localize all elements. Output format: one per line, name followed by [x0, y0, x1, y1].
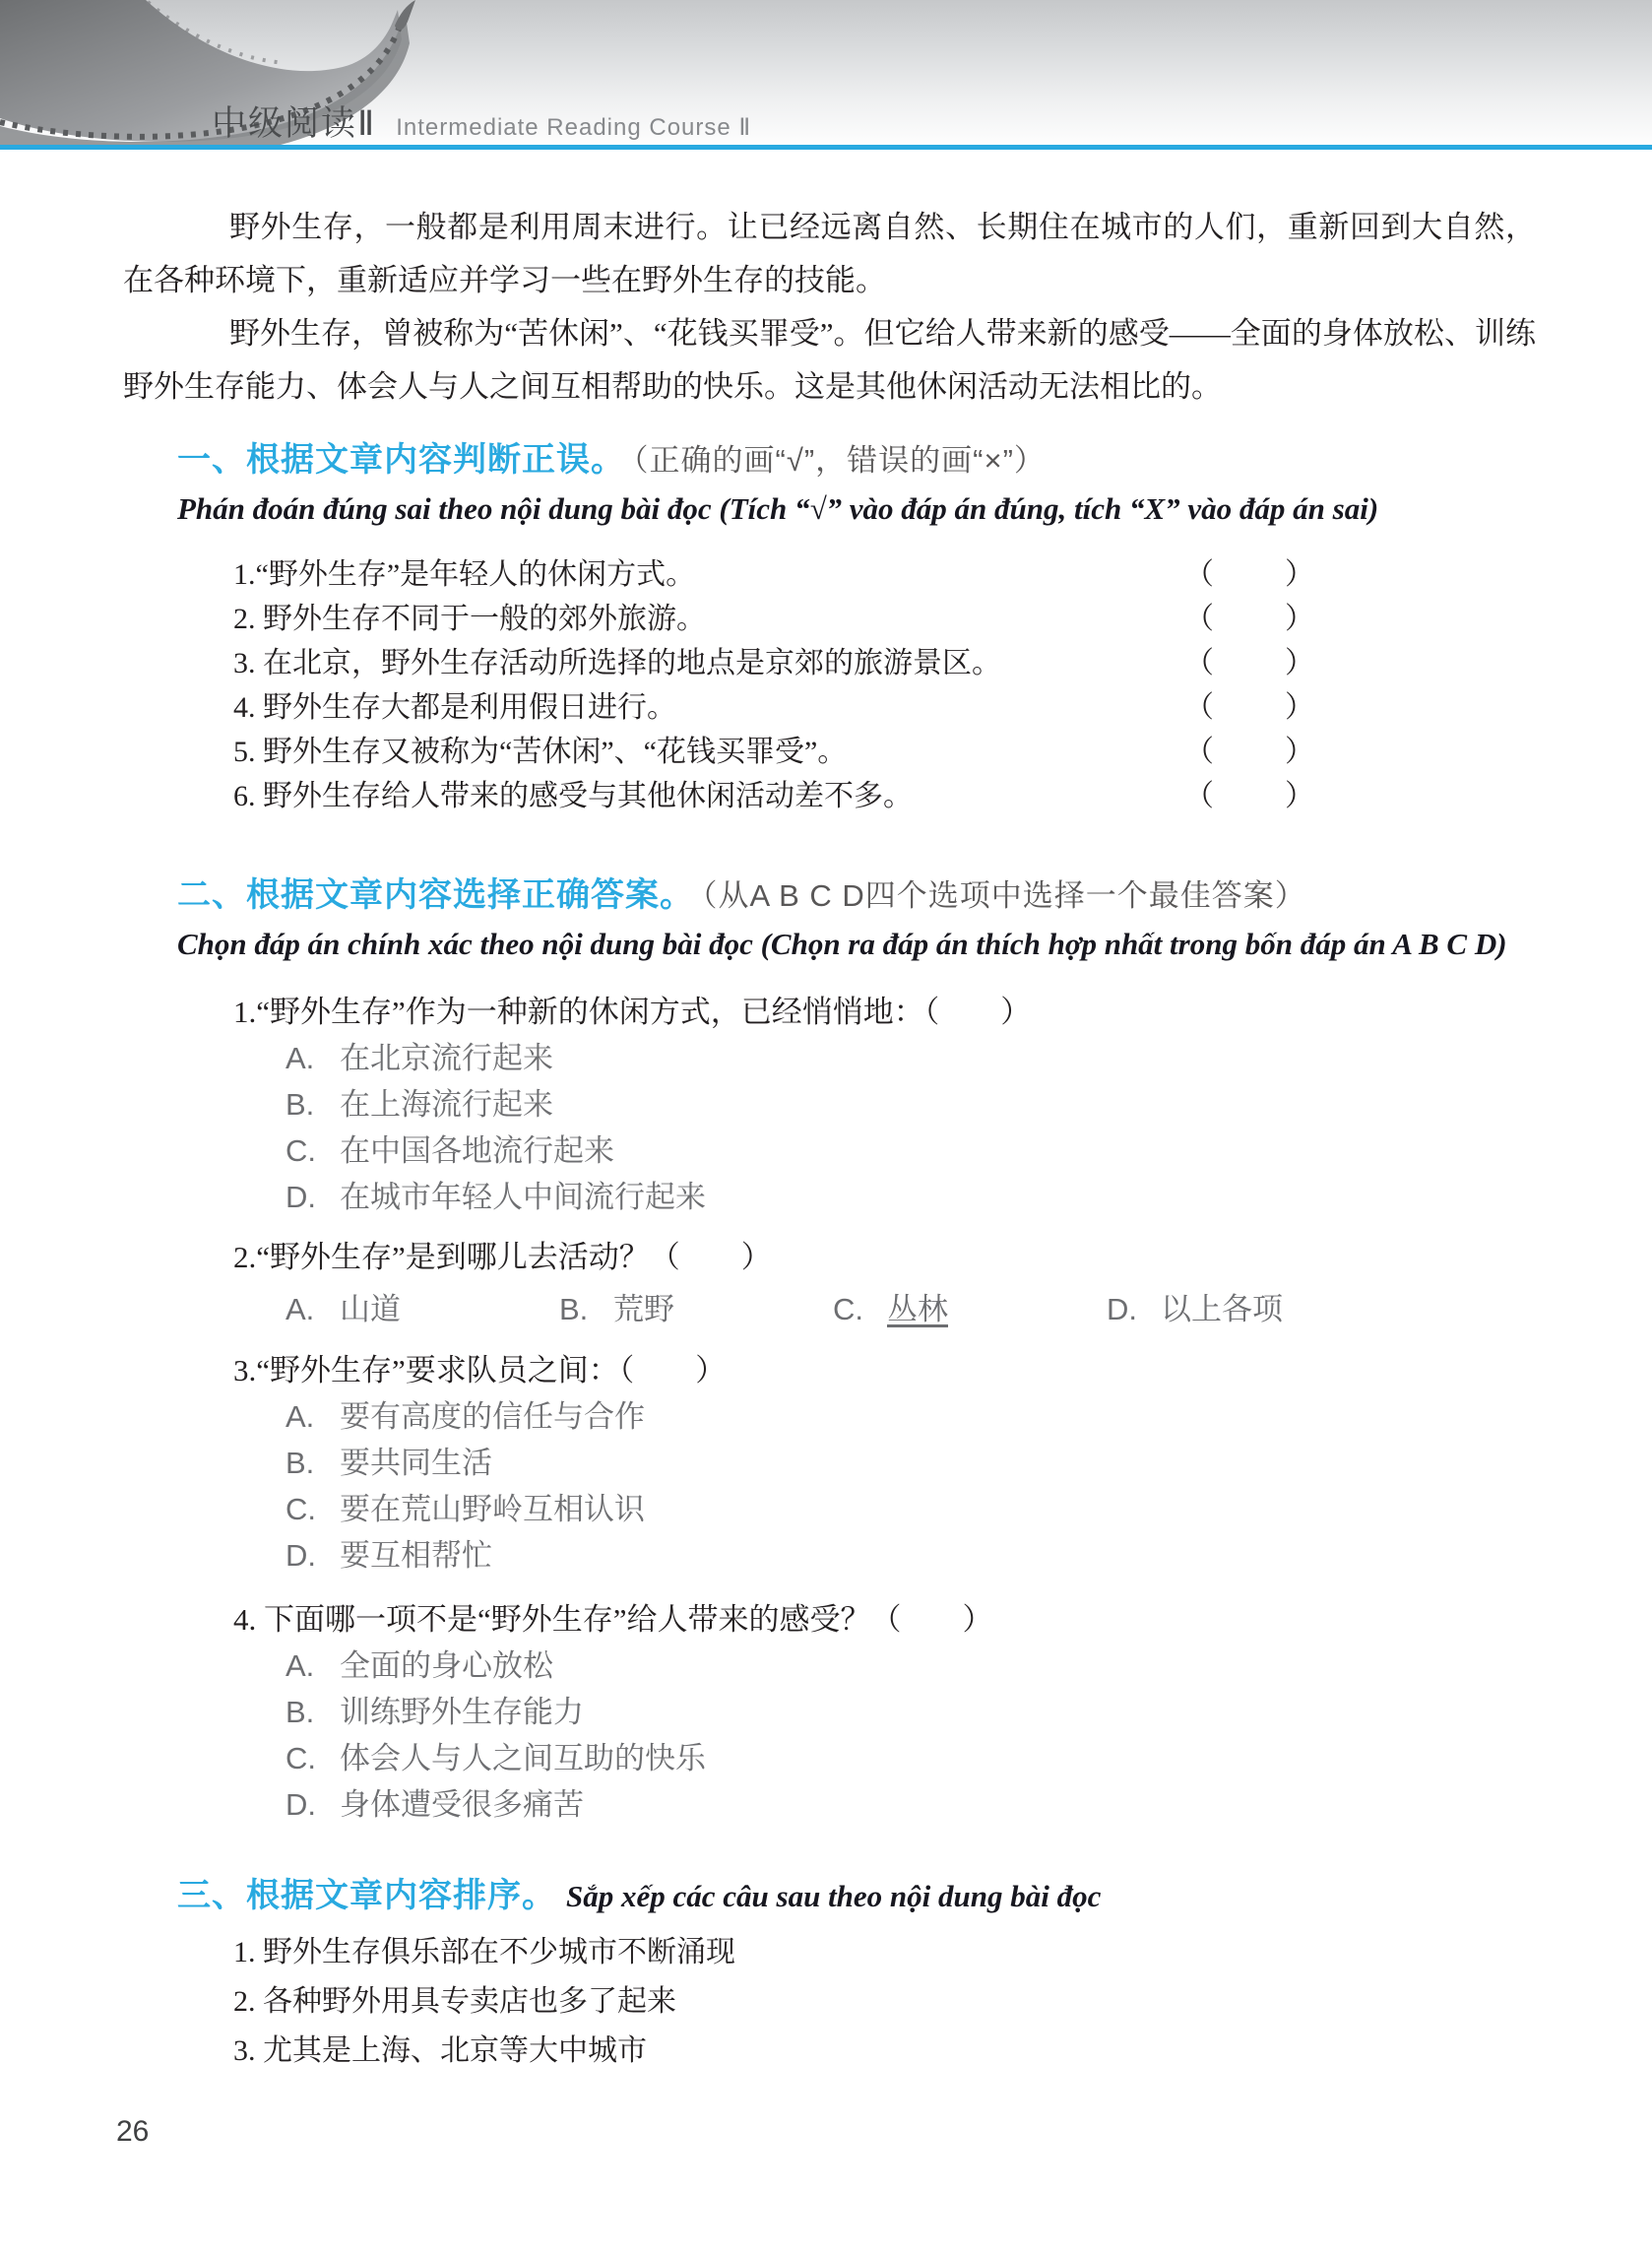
question-stem: 2.“野外生存”是到哪儿去活动？（ ）: [233, 1235, 1536, 1280]
option-text: 在北京流行起来: [340, 1041, 553, 1075]
section2-instruction-vietnamese: Chọn đáp án chính xác theo nội dung bài …: [177, 921, 1536, 968]
option-c: C.要在荒山野岭互相认识: [286, 1486, 1536, 1532]
question-stem: 3.“野外生存”要求队员之间：（ ）: [233, 1348, 1536, 1393]
answer-bracket: （ ）: [1184, 730, 1318, 774]
true-false-item: 1.“野外生存”是年轻人的休闲方式。 （ ）: [123, 552, 1536, 597]
option-letter: C.: [286, 1486, 340, 1532]
page-header: 中级阅读ⅡIntermediate Reading Course Ⅱ: [0, 0, 1652, 150]
question-stem: 4. 下面哪一项不是“野外生存”给人带来的感受？（ ）: [233, 1597, 1536, 1643]
option-d: D.要互相帮忙: [286, 1532, 1536, 1579]
option-text: 身体遭受很多痛苦: [340, 1787, 584, 1822]
option-text: 要共同生活: [340, 1446, 492, 1480]
option-d: D.在城市年轻人中间流行起来: [286, 1174, 1536, 1220]
option-letter: B.: [286, 1440, 340, 1486]
option-letter: A.: [286, 1035, 340, 1081]
mcq-question-4: 4. 下面哪一项不是“野外生存”给人带来的感受？（ ） A.全面的身心放松 B.…: [123, 1597, 1536, 1828]
mcq-question-1: 1.“野外生存”作为一种新的休闲方式，已经悄悄地：（ ） A.在北京流行起来 B…: [123, 990, 1536, 1220]
ordering-list: 1. 野外生存俱乐部在不少城市不断涌现 2. 各种野外用具专卖店也多了起来 3.…: [123, 1928, 1536, 2076]
section2-number: 二、: [177, 876, 246, 914]
true-false-text: 6. 野外生存给人带来的感受与其他休闲活动差不多。: [233, 780, 913, 812]
answer-bracket: （ ）: [1184, 685, 1318, 730]
true-false-item: 3. 在北京，野外生存活动所选择的地点是京郊的旅游景区。 （ ）: [123, 641, 1536, 685]
option-letter: A.: [286, 1393, 340, 1440]
option-b: B.要共同生活: [286, 1440, 1536, 1486]
option-d: D.以上各项: [1107, 1286, 1380, 1332]
passage-paragraph-2: 野外生存，曾被称为“苦休闲”、“花钱买罪受”。但它给人带来新的感受——全面的身体…: [123, 307, 1536, 414]
option-letter: D.: [286, 1174, 340, 1220]
option-list: A.在北京流行起来 B.在上海流行起来 C.在中国各地流行起来 D.在城市年轻人…: [123, 1035, 1536, 1220]
option-letter: B.: [559, 1286, 613, 1332]
book-title-chinese: 中级阅读Ⅱ: [212, 104, 376, 143]
question-stem: 1.“野外生存”作为一种新的休闲方式，已经悄悄地：（ ）: [233, 990, 1536, 1035]
ordering-item: 1. 野外生存俱乐部在不少城市不断涌现: [233, 1928, 1536, 1977]
section3-instruction-vietnamese: Sắp xếp các câu sau theo nội dung bài đọ…: [566, 1879, 1101, 1913]
option-letter: A.: [286, 1643, 340, 1689]
option-list: A.要有高度的信任与合作 B.要共同生活 C.要在荒山野岭互相认识 D.要互相帮…: [123, 1393, 1536, 1579]
option-text: 要在荒山野岭互相认识: [340, 1492, 645, 1526]
textbook-page: 中级阅读ⅡIntermediate Reading Course Ⅱ 野外生存，…: [0, 0, 1652, 2257]
section3-title: 三、根据文章内容排序。: [177, 1877, 556, 1914]
option-letter: D.: [286, 1532, 340, 1579]
answer-bracket: （ ）: [1184, 552, 1318, 597]
header-accent-rule: [0, 145, 1652, 150]
true-false-item: 6. 野外生存给人带来的感受与其他休闲活动差不多。 （ ）: [123, 774, 1536, 818]
option-d: D.身体遭受很多痛苦: [286, 1781, 1536, 1828]
option-text: 在中国各地流行起来: [340, 1133, 614, 1168]
section3-title-text: 根据文章内容排序。: [246, 1877, 556, 1914]
option-text: 荒野: [613, 1292, 674, 1326]
mcq-question-2: 2.“野外生存”是到哪儿去活动？（ ） A.山道 B.荒野 C.丛林 D.以上各…: [123, 1235, 1536, 1332]
option-b: B.训练野外生存能力: [286, 1689, 1536, 1735]
option-b: B.在上海流行起来: [286, 1081, 1536, 1128]
section3-heading: 三、根据文章内容排序。Sắp xếp các câu sau theo nội …: [177, 1871, 1536, 1921]
section2-heading: 二、根据文章内容选择正确答案。（从A B C D四个选项中选择一个最佳答案）: [177, 871, 1536, 921]
option-c: C.丛林: [833, 1286, 1107, 1332]
section3-number: 三、: [177, 1877, 246, 1914]
option-text: 全面的身心放松: [340, 1648, 553, 1683]
true-false-text: 2. 野外生存不同于一般的郊外旅游。: [233, 603, 706, 635]
section2-title-text: 根据文章内容选择正确答案。: [246, 876, 694, 914]
passage-paragraph-1: 野外生存，一般都是利用周末进行。让已经远离自然、长期住在城市的人们，重新回到大自…: [123, 201, 1536, 307]
option-c: C.在中国各地流行起来: [286, 1128, 1536, 1174]
true-false-list: 1.“野外生存”是年轻人的休闲方式。 （ ） 2. 野外生存不同于一般的郊外旅游…: [123, 552, 1536, 818]
option-letter: B.: [286, 1689, 340, 1735]
option-text: 要有高度的信任与合作: [340, 1399, 645, 1434]
option-letter: C.: [286, 1128, 340, 1174]
header-titles: 中级阅读ⅡIntermediate Reading Course Ⅱ: [212, 97, 751, 146]
true-false-text: 3. 在北京，野外生存活动所选择的地点是京郊的旅游景区。: [233, 647, 1001, 679]
option-text: 以上各项: [1161, 1292, 1283, 1326]
answer-bracket: （ ）: [1184, 774, 1318, 818]
answer-bracket: （ ）: [1184, 597, 1318, 641]
true-false-item: 2. 野外生存不同于一般的郊外旅游。 （ ）: [123, 597, 1536, 641]
answer-bracket: （ ）: [1184, 641, 1318, 685]
true-false-text: 5. 野外生存又被称为“苦休闲”、“花钱买罪受”。: [233, 736, 847, 768]
option-b: B.荒野: [559, 1286, 833, 1332]
option-letter: D.: [1107, 1286, 1161, 1332]
section1-note: （正确的画“√”，错误的画“×”）: [633, 443, 1046, 478]
option-text: 在上海流行起来: [340, 1087, 553, 1122]
mcq-question-3: 3.“野外生存”要求队员之间：（ ） A.要有高度的信任与合作 B.要共同生活 …: [123, 1348, 1536, 1579]
option-text: 要互相帮忙: [340, 1538, 492, 1573]
option-list: A.山道 B.荒野 C.丛林 D.以上各项: [123, 1286, 1536, 1332]
ordering-item: 2. 各种野外用具专卖店也多了起来: [233, 1977, 1536, 2027]
option-c: C.体会人与人之间互助的快乐: [286, 1735, 1536, 1781]
section2-note: （从A B C D四个选项中选择一个最佳答案）: [702, 878, 1306, 913]
option-text: 体会人与人之间互助的快乐: [340, 1741, 706, 1775]
option-letter: A.: [286, 1286, 340, 1332]
true-false-item: 5. 野外生存又被称为“苦休闲”、“花钱买罪受”。 （ ）: [123, 730, 1536, 774]
option-a: A.全面的身心放松: [286, 1643, 1536, 1689]
option-text: 山道: [340, 1292, 401, 1326]
option-text: 训练野外生存能力: [340, 1695, 584, 1729]
section1-heading: 一、根据文章内容判断正误。（正确的画“√”，错误的画“×”）: [177, 435, 1536, 485]
section2-title: 二、根据文章内容选择正确答案。: [177, 876, 694, 914]
section1-title: 一、根据文章内容判断正误。: [177, 441, 625, 479]
option-a: A.要有高度的信任与合作: [286, 1393, 1536, 1440]
true-false-text: 1.“野外生存”是年轻人的休闲方式。: [233, 558, 695, 591]
option-a: A.山道: [286, 1286, 559, 1332]
book-title-english: Intermediate Reading Course Ⅱ: [396, 114, 751, 141]
section1-number: 一、: [177, 441, 246, 479]
option-list: A.全面的身心放松 B.训练野外生存能力 C.体会人与人之间互助的快乐 D.身体…: [123, 1643, 1536, 1828]
option-text: 在城市年轻人中间流行起来: [340, 1180, 706, 1214]
page-content: 野外生存，一般都是利用周末进行。让已经远离自然、长期住在城市的人们，重新回到大自…: [0, 150, 1652, 2076]
page-number: 26: [116, 2115, 149, 2149]
option-letter: C.: [286, 1735, 340, 1781]
ordering-item: 3. 尤其是上海、北京等大中城市: [233, 2027, 1536, 2076]
option-a: A.在北京流行起来: [286, 1035, 1536, 1081]
true-false-item: 4. 野外生存大都是利用假日进行。 （ ）: [123, 685, 1536, 730]
option-letter: D.: [286, 1781, 340, 1828]
true-false-text: 4. 野外生存大都是利用假日进行。: [233, 691, 676, 724]
section1-title-text: 根据文章内容判断正误。: [246, 441, 625, 479]
option-letter: B.: [286, 1081, 340, 1128]
option-letter: C.: [833, 1286, 887, 1332]
section1-instruction-vietnamese: Phán đoán đúng sai theo nội dung bài đọc…: [177, 485, 1536, 533]
option-text: 丛林: [887, 1292, 948, 1326]
